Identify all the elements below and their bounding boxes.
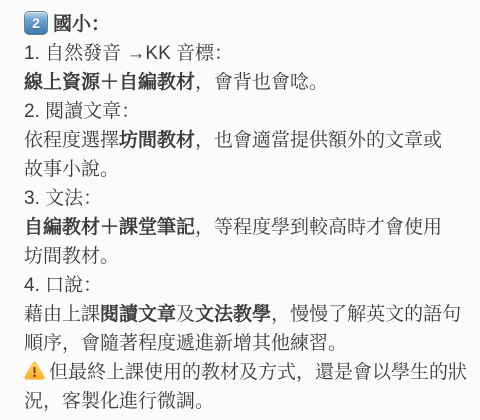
text-line: 自編教材＋課堂筆記，等程度學到較高時才會使用 bbox=[24, 211, 464, 240]
text-segment: ，會背也會唸。 bbox=[195, 67, 328, 94]
text-segment: 文法教學 bbox=[195, 299, 271, 326]
text-segment: 況，客製化進行微調。 bbox=[24, 386, 214, 413]
text-segment: 閱讀文章 bbox=[100, 299, 176, 326]
text-line: 況，客製化進行微調。 bbox=[24, 385, 464, 414]
text-segment: ，也會適當提供額外的文章或 bbox=[195, 125, 442, 152]
text-line: 坊間教材。 bbox=[24, 240, 464, 269]
text-segment: 4. 口說： bbox=[24, 270, 102, 297]
text-line: 但最終上課使用的教材及方式，還是會以學生的狀 bbox=[24, 356, 464, 385]
text-line: 藉由上課閱讀文章及文法教學，慢慢了解英文的語句 bbox=[24, 298, 464, 327]
text-segment: 順序，會隨著程度遞進新增其他練習。 bbox=[24, 328, 347, 355]
text-line: 故事小說。 bbox=[24, 153, 464, 182]
note-page: 2國小：1. 自然發音 →KK 音標：線上資源＋自編教材，會背也會唸。2. 閱讀… bbox=[0, 0, 480, 420]
text-segment: 但最終上課使用的教材及方式，還是會以學生的狀 bbox=[49, 357, 467, 384]
text-segment: 1. 自然發音 →KK 音標： bbox=[24, 38, 233, 65]
text-segment: 依程度選擇 bbox=[24, 125, 119, 152]
text-line: 2國小： bbox=[24, 8, 464, 37]
text-line: 線上資源＋自編教材，會背也會唸。 bbox=[24, 66, 464, 95]
text-segment: 及 bbox=[176, 299, 195, 326]
text-segment: 坊間教材 bbox=[119, 125, 195, 152]
text-segment: 故事小說。 bbox=[24, 154, 119, 181]
text-line: 2. 閱讀文章： bbox=[24, 95, 464, 124]
warning-icon bbox=[24, 361, 45, 380]
text-line: 順序，會隨著程度遞進新增其他練習。 bbox=[24, 327, 464, 356]
text-segment: 國小： bbox=[53, 9, 110, 36]
text-line: 3. 文法： bbox=[24, 182, 464, 211]
text-line: 1. 自然發音 →KK 音標： bbox=[24, 37, 464, 66]
text-segment: 3. 文法： bbox=[24, 183, 102, 210]
text-line: 4. 口說： bbox=[24, 269, 464, 298]
keycap-2-icon: 2 bbox=[24, 11, 48, 35]
text-segment: 坊間教材。 bbox=[24, 241, 119, 268]
text-line: 依程度選擇坊間教材，也會適當提供額外的文章或 bbox=[24, 124, 464, 153]
text-segment: 藉由上課 bbox=[24, 299, 100, 326]
text-segment: 2. 閱讀文章： bbox=[24, 96, 140, 123]
note-body: 2國小：1. 自然發音 →KK 音標：線上資源＋自編教材，會背也會唸。2. 閱讀… bbox=[0, 0, 480, 414]
text-segment: ，慢慢了解英文的語句 bbox=[271, 299, 461, 326]
text-segment: 自編教材＋課堂筆記 bbox=[24, 212, 195, 239]
text-segment: ，等程度學到較高時才會使用 bbox=[195, 212, 442, 239]
text-segment: 線上資源＋自編教材 bbox=[24, 67, 195, 94]
